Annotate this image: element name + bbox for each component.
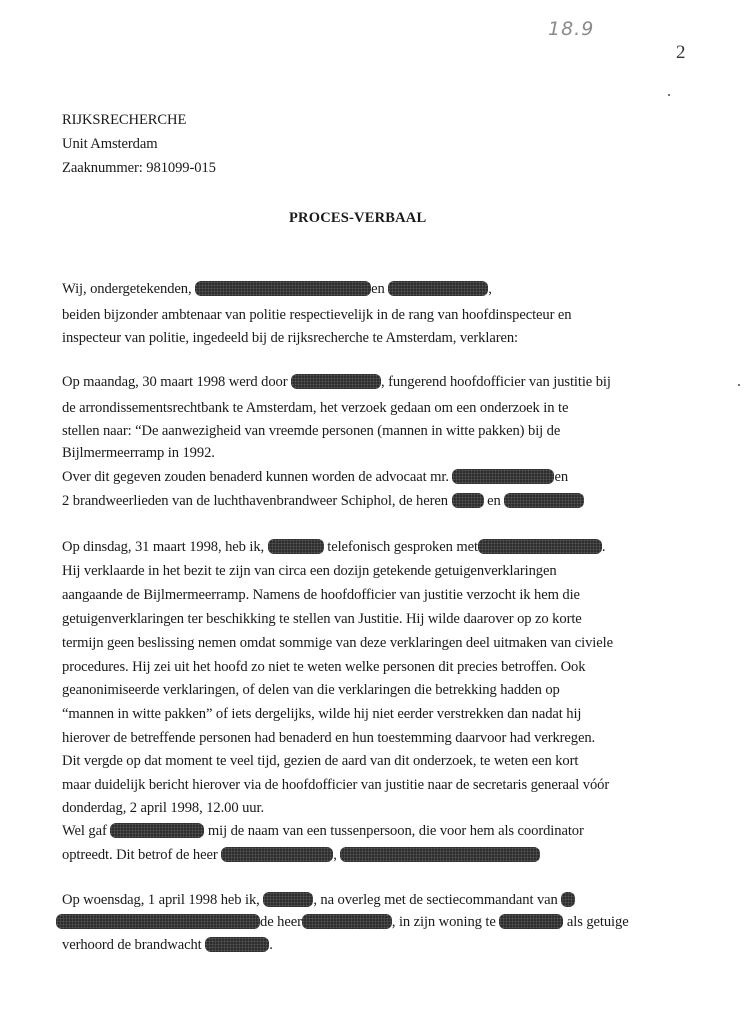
scan-speck (668, 94, 670, 96)
text: telefonisch gesproken met (327, 539, 478, 555)
paragraph-3-line-6: procedures. Hij zei uit het hoofd zo nie… (62, 658, 585, 676)
redaction-block (110, 823, 204, 838)
paragraph-2-line-4: Bijlmermeerramp in 1992. (62, 444, 215, 462)
paragraph-1-line-2: beiden bijzonder ambtenaar van politie r… (62, 306, 572, 324)
paragraph-2-line-2: de arrondissementsrechtbank te Amsterdam… (62, 399, 568, 417)
paragraph-3-line-14: optreedt. Dit betrof de heer , (62, 846, 540, 864)
scan-speck (738, 384, 740, 386)
redaction-block (263, 892, 313, 907)
paragraph-3-line-10: Dit vergde op dat moment te veel tijd, g… (62, 752, 578, 770)
paragraph-3-line-9: hierover de betreffende personen had ben… (62, 729, 595, 747)
paragraph-3-line-4: getuigenverklaringen ter beschikking te … (62, 610, 582, 628)
text: , na overleg met de sectiecommandant van (313, 892, 557, 908)
redaction-block (268, 539, 324, 554)
paragraph-3-line-11: maar duidelijk bericht hierover via de h… (62, 776, 609, 794)
text: Op woensdag, 1 april 1998 heb ik, (62, 892, 260, 908)
header-unit: Unit Amsterdam (62, 135, 157, 153)
redaction-block (340, 847, 540, 862)
redaction-block (221, 847, 333, 862)
paragraph-2-line-3: stellen naar: “De aanwezigheid van vreem… (62, 422, 560, 440)
redaction-block (452, 469, 554, 484)
paragraph-2-line-1: Op maandag, 30 maart 1998 werd door , fu… (62, 373, 611, 391)
paragraph-1-line-3: inspecteur van politie, ingedeeld bij de… (62, 329, 518, 347)
paragraph-3-line-5: termijn geen beslissing nemen omdat somm… (62, 634, 613, 652)
text: , in zijn woning te (392, 914, 496, 930)
page-number: 2 (676, 42, 686, 64)
text: Over dit gegeven zouden benaderd kunnen … (62, 469, 449, 485)
paragraph-3-line-3: aangaande de Bijlmermeerramp. Namens de … (62, 586, 580, 604)
document-title: PROCES-VERBAAL (289, 210, 426, 227)
redaction-block (561, 892, 575, 907)
text: , (333, 847, 337, 863)
paragraph-3-line-8: “mannen in witte pakken” of iets dergeli… (62, 705, 581, 723)
header-organization: RIJKSRECHERCHE (62, 111, 186, 129)
text: mij de naam van een tussenpersoon, die v… (208, 823, 584, 839)
paragraph-3-line-13: Wel gaf mij de naam van een tussenpersoo… (62, 822, 584, 840)
text: de heer (260, 914, 302, 930)
text: . (602, 539, 606, 555)
paragraph-3-line-2: Hij verklaarde in het bezit te zijn van … (62, 562, 557, 580)
redaction-block (499, 914, 563, 929)
header-case-number: Zaaknummer: 981099-015 (62, 159, 216, 177)
paragraph-2-line-6: 2 brandweerlieden van de luchthavenbrand… (62, 492, 584, 510)
document-page: 18.9 2 RIJKSRECHERCHE Unit Amsterdam Zaa… (0, 0, 751, 1013)
redaction-block (478, 539, 602, 554)
paragraph-4-line-1: Op woensdag, 1 april 1998 heb ik, , na o… (62, 891, 575, 909)
text: optreedt. Dit betrof de heer (62, 847, 218, 863)
text: en (487, 493, 501, 509)
text: Wij, ondergetekenden, (62, 281, 192, 297)
redaction-block (195, 281, 371, 296)
redaction-block (388, 281, 488, 296)
paragraph-1-line-1: Wij, ondergetekenden, en , (62, 280, 492, 298)
redaction-block (291, 374, 381, 389)
paragraph-4-line-2: de heer, in zijn woning te als getuige (56, 913, 629, 931)
text: , (488, 281, 492, 297)
paragraph-3-line-1: Op dinsdag, 31 maart 1998, heb ik, telef… (62, 538, 605, 556)
paragraph-3-line-12: donderdag, 2 april 1998, 12.00 uur. (62, 799, 264, 817)
text: . (269, 937, 273, 953)
paragraph-4-line-3: verhoord de brandwacht . (62, 936, 273, 954)
redaction-block (205, 937, 269, 952)
text: , fungerend hoofdofficier van justitie b… (381, 374, 611, 390)
redaction-block (504, 493, 584, 508)
paragraph-2-line-5: Over dit gegeven zouden benaderd kunnen … (62, 468, 568, 486)
paragraph-3-line-7: geanonimiseerde verklaringen, of delen v… (62, 681, 560, 699)
text: en (554, 469, 568, 485)
redaction-block (56, 914, 260, 929)
text: 2 brandweerlieden van de luchthavenbrand… (62, 493, 448, 509)
text: verhoord de brandwacht (62, 937, 202, 953)
text: en (371, 281, 385, 297)
handwritten-annotation: 18.9 (548, 18, 594, 40)
text: Op dinsdag, 31 maart 1998, heb ik, (62, 539, 264, 555)
redaction-block (452, 493, 484, 508)
text: Wel gaf (62, 823, 107, 839)
redaction-block (302, 914, 392, 929)
text: Op maandag, 30 maart 1998 werd door (62, 374, 287, 390)
text: als getuige (567, 914, 629, 930)
